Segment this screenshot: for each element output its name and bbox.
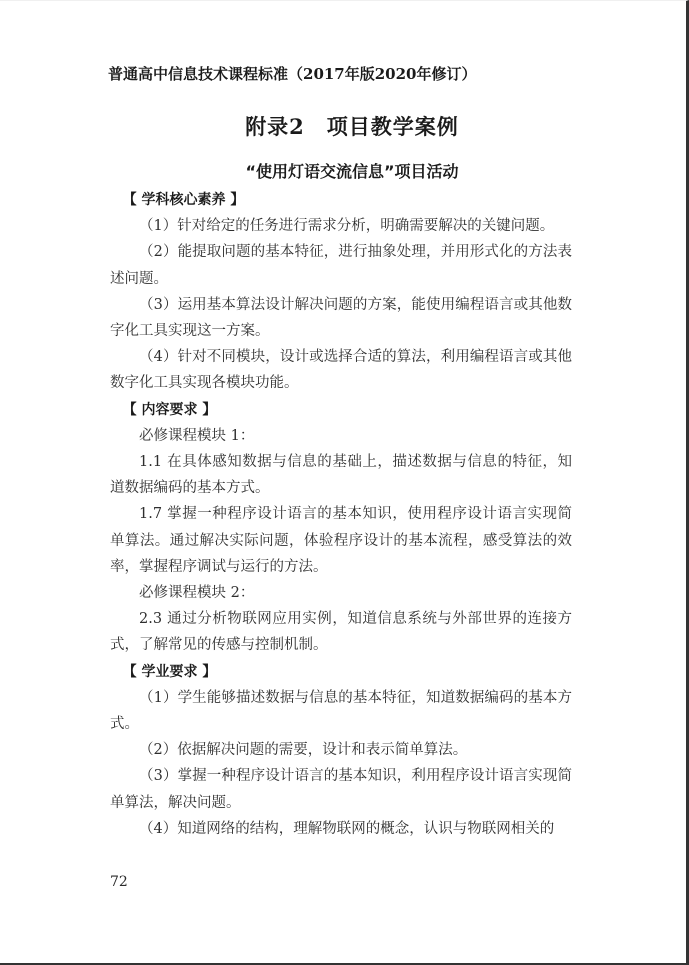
body-text: 【 学科核心素养 】 （1）针对给定的任务进行需求分析，明确需要解决的关键问题。… [110,187,572,842]
section-heading-core-literacy: 【 学科核心素养 】 [110,187,572,213]
section-heading-academic-requirements: 【 学业要求 】 [110,659,572,685]
document-page: 普通高中信息技术课程标准（2017年版2020年修订） 附录2 项目教学案例 “… [0,0,689,965]
paragraph: （4）知道网络的结构，理解物联网的概念，认识与物联网相关的 [110,816,572,842]
paragraph: （1）针对给定的任务进行需求分析，明确需要解决的关键问题。 [110,213,572,239]
paragraph: （2）能提取问题的基本特征，进行抽象处理，并用形式化的方法表述问题。 [110,239,572,291]
paragraph: （3）运用基本算法设计解决问题的方案，能使用编程语言或其他数字化工具实现这一方案… [110,292,572,344]
section-heading-content-requirements: 【 内容要求 】 [110,397,572,423]
paragraph: （3）掌握一种程序设计语言的基本知识，利用程序设计语言实现简单算法，解决问题。 [110,763,572,815]
paragraph: 1.1 在具体感知数据与信息的基础上，描述数据与信息的特征，知道数据编码的基本方… [110,449,572,501]
appendix-title: 附录2 项目教学案例 [0,111,686,141]
activity-title: “使用灯语交流信息”项目活动 [0,159,686,182]
paragraph: （2）依据解决问题的需要，设计和表示简单算法。 [110,737,572,763]
paragraph: （1）学生能够描述数据与信息的基本特征，知道数据编码的基本方式。 [110,685,572,737]
paragraph: 2.3 通过分析物联网应用实例，知道信息系统与外部世界的连接方式，了解常见的传感… [110,606,572,658]
paragraph: 1.7 掌握一种程序设计语言的基本知识，使用程序设计语言实现简单算法。通过解决实… [110,501,572,580]
module-label: 必修课程模块 2： [110,580,572,606]
paragraph: （4）针对不同模块，设计或选择合适的算法，利用编程语言或其他数字化工具实现各模块… [110,344,572,396]
running-head: 普通高中信息技术课程标准（2017年版2020年修订） [108,63,477,84]
module-label: 必修课程模块 1： [110,423,572,449]
page-number: 72 [110,874,128,890]
